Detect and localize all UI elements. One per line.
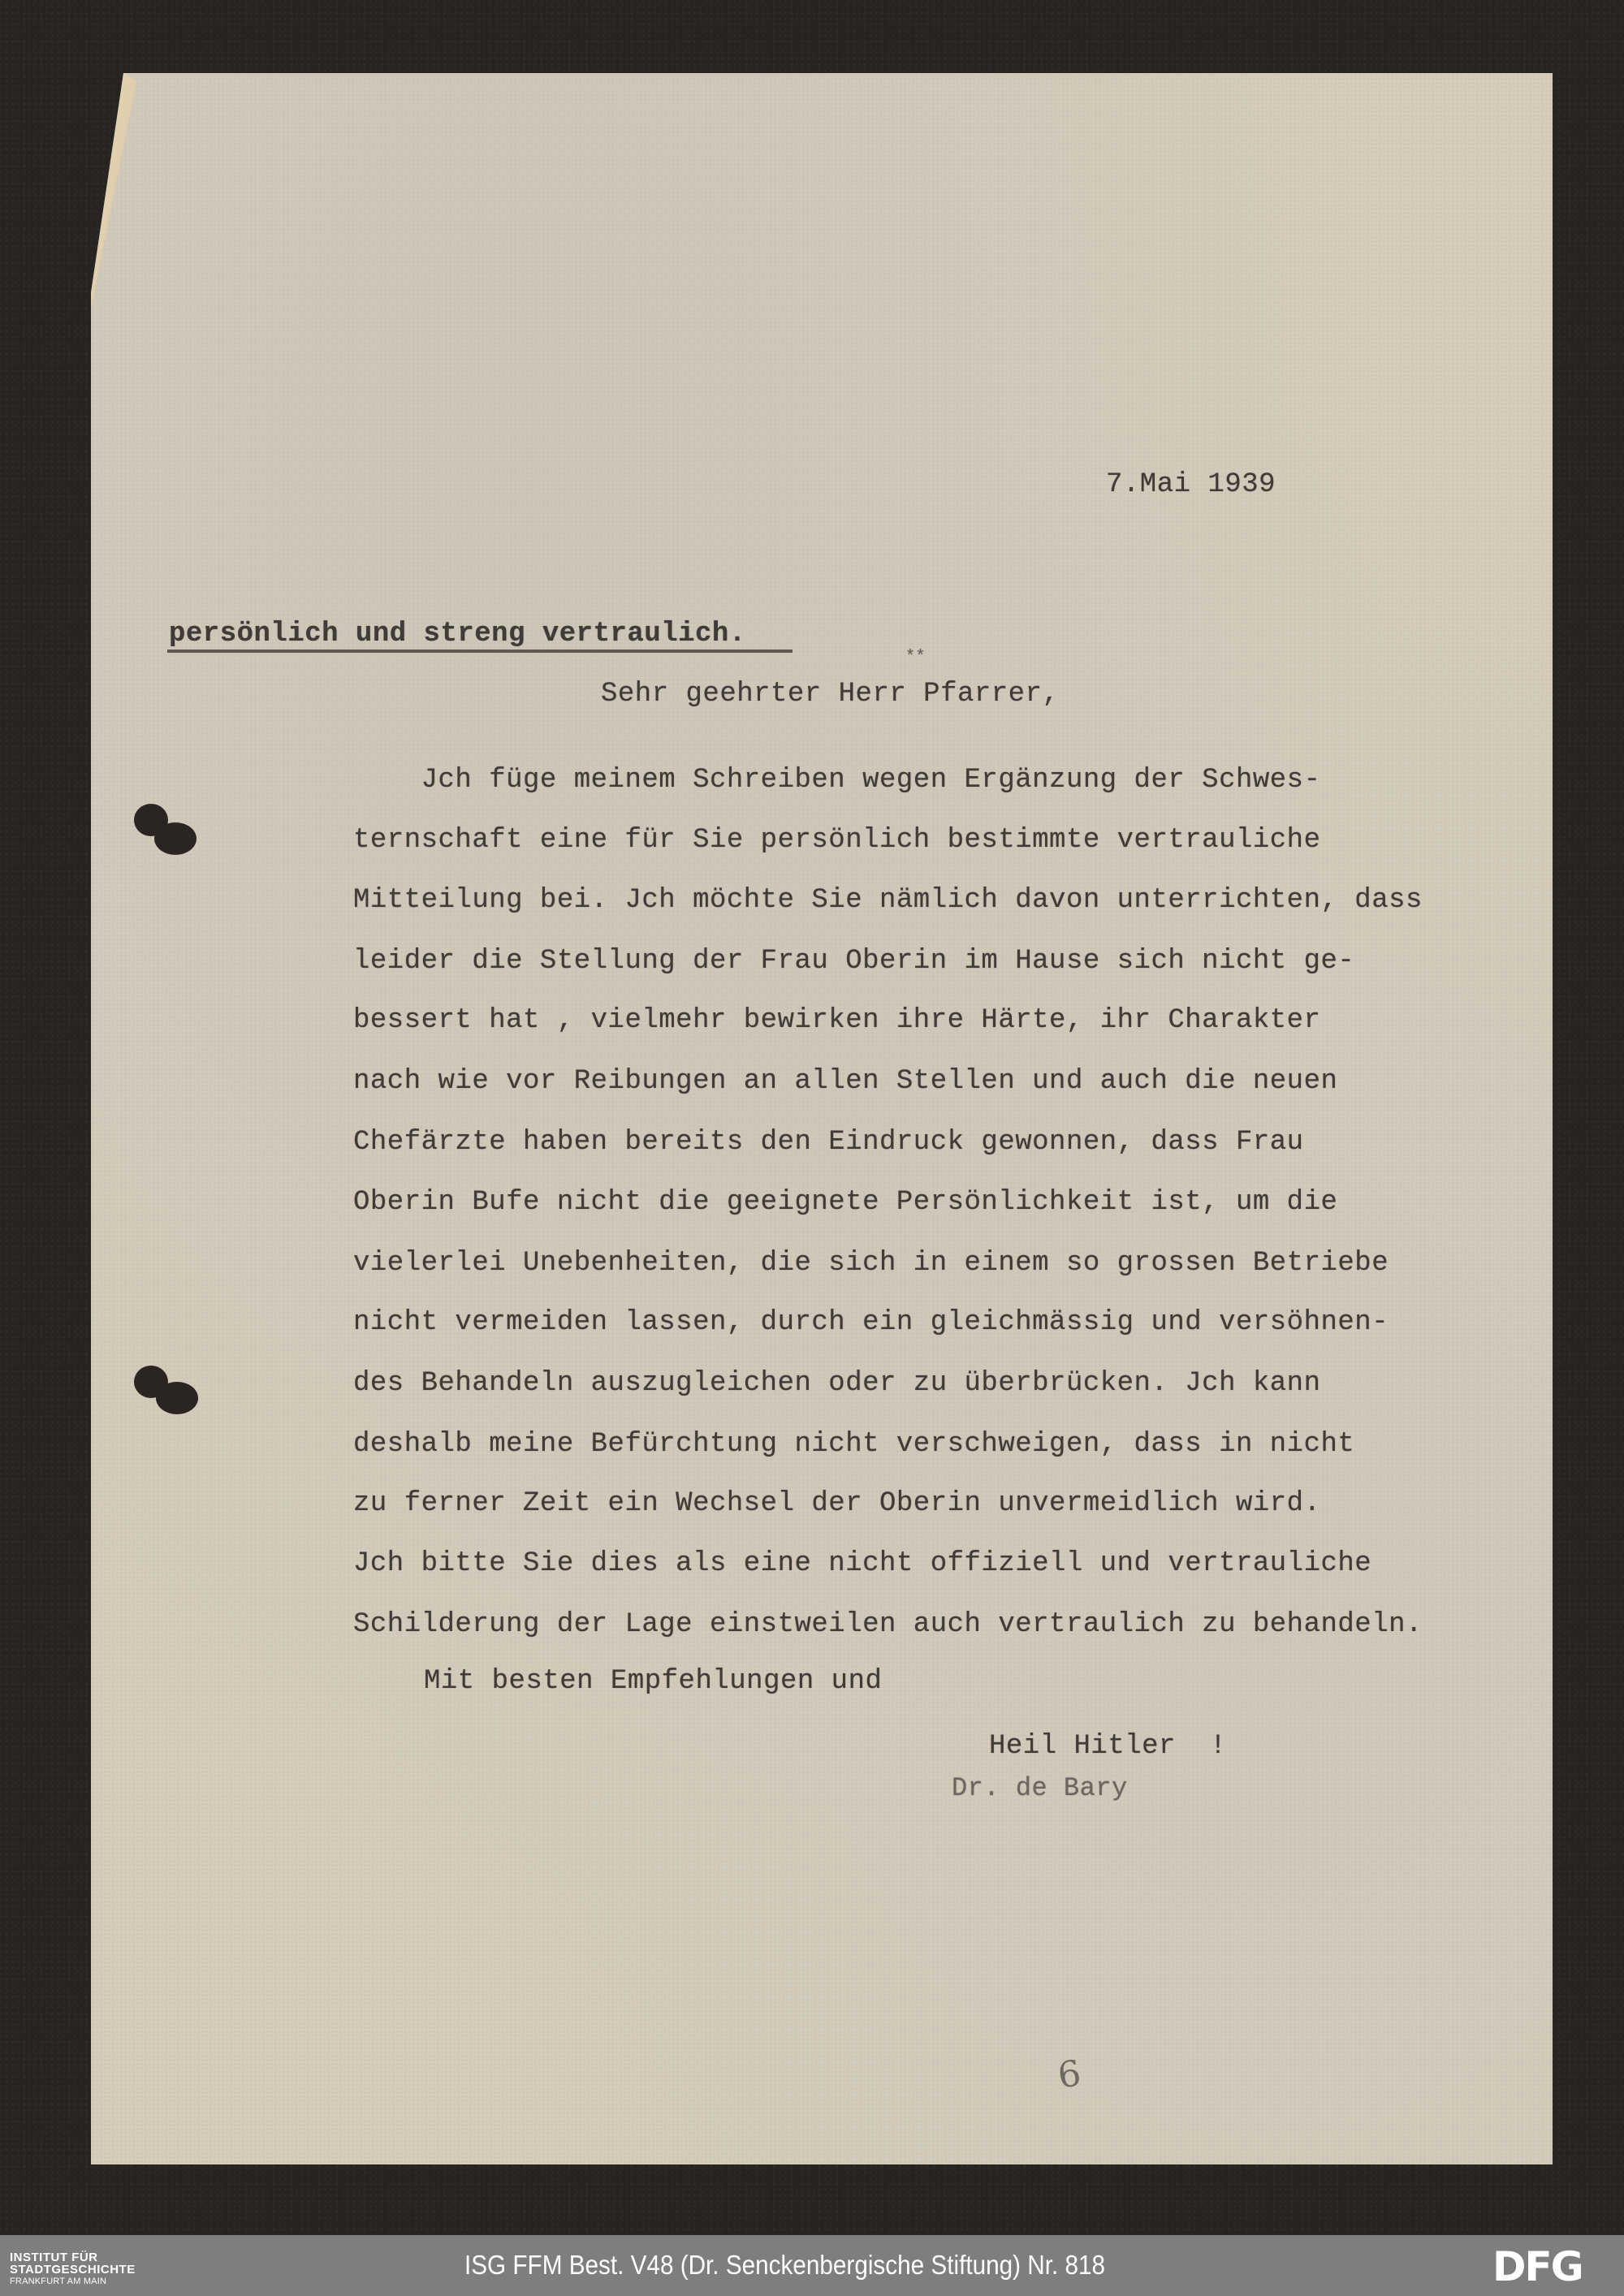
sign-off: Heil Hitler !	[989, 1731, 1227, 1762]
body-line: zu ferner Zeit ein Wechsel der Oberin un…	[353, 1488, 1321, 1519]
letter-page	[91, 73, 1553, 2164]
punch-hole-top	[154, 822, 197, 855]
typed-marks: **	[905, 648, 926, 667]
body-line: Chefärzte haben bereits den Eindruck gew…	[353, 1127, 1304, 1158]
institution-logo: INSTITUT FÜR STADTGESCHICHTE FRANKFURT A…	[10, 2251, 136, 2288]
signer-name: Dr. de Bary	[952, 1773, 1128, 1803]
institution-name-line2: STADTGESCHICHTE	[10, 2264, 136, 2276]
punch-hole-bottom	[156, 1382, 198, 1414]
body-line: Jch füge meinem Schreiben wegen Ergänzun…	[353, 765, 1321, 796]
salutation: Sehr geehrter Herr Pfarrer,	[601, 679, 1059, 710]
archive-footer-bar: INSTITUT FÜR STADTGESCHICHTE FRANKFURT A…	[0, 2235, 1624, 2296]
body-line: Jch bitte Sie dies als eine nicht offizi…	[353, 1548, 1371, 1579]
body-line: Mitteilung bei. Jch möchte Sie nämlich d…	[353, 885, 1423, 916]
closing-line: Mit besten Empfehlungen und	[424, 1666, 882, 1697]
institution-name-line1: INSTITUT FÜR	[10, 2251, 136, 2264]
body-line: nicht vermeiden lassen, durch ein gleich…	[353, 1307, 1389, 1338]
letter-date: 7.Mai 1939	[1106, 469, 1276, 500]
archive-signature: ISG FFM Best. V48 (Dr. Senckenbergische …	[464, 2250, 1105, 2281]
institution-city: FRANKFURT AM MAIN	[10, 2276, 136, 2288]
dfg-logo: DFG	[1492, 2246, 1583, 2287]
subject-underline	[167, 650, 793, 653]
body-line: Oberin Bufe nicht die geeignete Persönli…	[353, 1187, 1337, 1218]
body-line: bessert hat , vielmehr bewirken ihre Här…	[353, 1005, 1321, 1036]
body-line: deshalb meine Befürchtung nicht verschwe…	[353, 1429, 1354, 1460]
body-line: des Behandeln auszugleichen oder zu über…	[353, 1368, 1321, 1399]
body-line: Schilderung der Lage einstweilen auch ve…	[353, 1609, 1423, 1640]
body-line: ternschaft eine für Sie persönlich besti…	[353, 825, 1321, 856]
subject-line: persönlich und streng vertraulich.	[169, 619, 746, 650]
body-line: nach wie vor Reibungen an allen Stellen …	[353, 1066, 1337, 1097]
body-line: vielerlei Unebenheiten, die sich in eine…	[353, 1248, 1389, 1279]
body-line: leider die Stellung der Frau Oberin im H…	[353, 946, 1354, 977]
